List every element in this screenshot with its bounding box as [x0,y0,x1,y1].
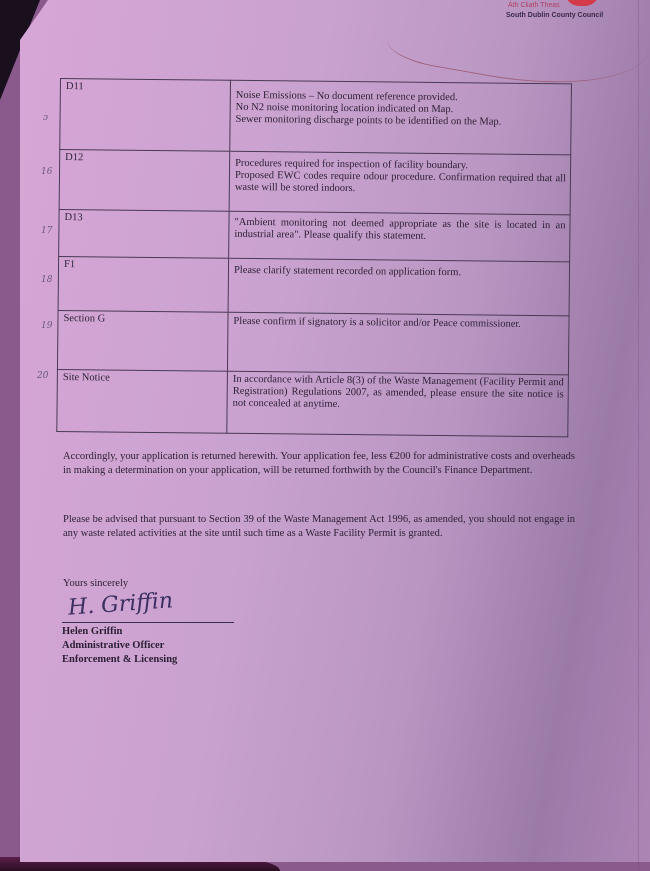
margin-note: ɔ [43,113,48,123]
margin-note: 19 [41,321,52,331]
signatory-department: Enforcement & Licensing [62,653,177,667]
table-row: D11 Noise Emissions – No document refere… [60,79,572,155]
margin-note: 17 [41,226,52,236]
deficiency-table: D11 Noise Emissions – No document refere… [56,78,572,437]
signatory-name: Helen Griffin [62,625,177,639]
reference-cell: D11 [60,79,231,152]
comment-line: Please clarify statement recorded on app… [234,265,565,280]
signature-line [62,622,234,623]
closing-salutation: Yours sincerely [63,578,128,589]
table-row: D12 Procedures required for inspection o… [59,150,571,215]
comment-cell: Noise Emissions – No document reference … [230,80,572,155]
comment-cell: Please clarify statement recorded on app… [228,258,570,316]
reference-cell: Section G [57,310,228,371]
comment-line: "Ambient monitoring not deemed appropria… [234,217,565,244]
comment-cell: Please confirm if signatory is a solicit… [227,312,569,375]
council-name-english: South Dublin County Council [506,12,603,19]
reference-cell: D13 [59,209,229,258]
council-name-irish: Áth Cliath Theas [508,2,560,9]
margin-note: 18 [41,275,52,285]
margin-note: 20 [37,371,48,381]
comment-line: Proposed EWC codes require odour procedu… [235,170,566,197]
table-row: F1 Please clarify statement recorded on … [58,256,570,315]
table-row: D13 "Ambient monitoring not deemed appro… [59,209,570,261]
reference-cell: Site Notice [57,369,228,433]
comment-cell: In accordance with Article 8(3) of the W… [227,371,569,437]
advisory-paragraph: Please be advised that pursuant to Secti… [63,513,575,540]
table-row: Site Notice In accordance with Article 8… [57,369,569,436]
page-fold [638,0,639,871]
margin-note: 16 [41,167,52,177]
signatory-block: Helen Griffin Administrative Officer Enf… [62,625,177,667]
comment-cell: "Ambient monitoring not deemed appropria… [229,211,570,262]
comment-cell: Procedures required for inspection of fa… [229,151,571,215]
reference-cell: F1 [58,256,229,312]
comment-line: Please confirm if signatory is a solicit… [233,316,564,331]
signatory-title: Administrative Officer [62,639,177,653]
comment-line: In accordance with Article 8(3) of the W… [233,374,564,413]
fee-return-paragraph: Accordingly, your application is returne… [63,450,575,477]
reference-cell: D12 [59,150,230,212]
table-row: Section G Please confirm if signatory is… [57,310,569,374]
comment-line: Sewer monitoring discharge points to be … [236,114,567,129]
